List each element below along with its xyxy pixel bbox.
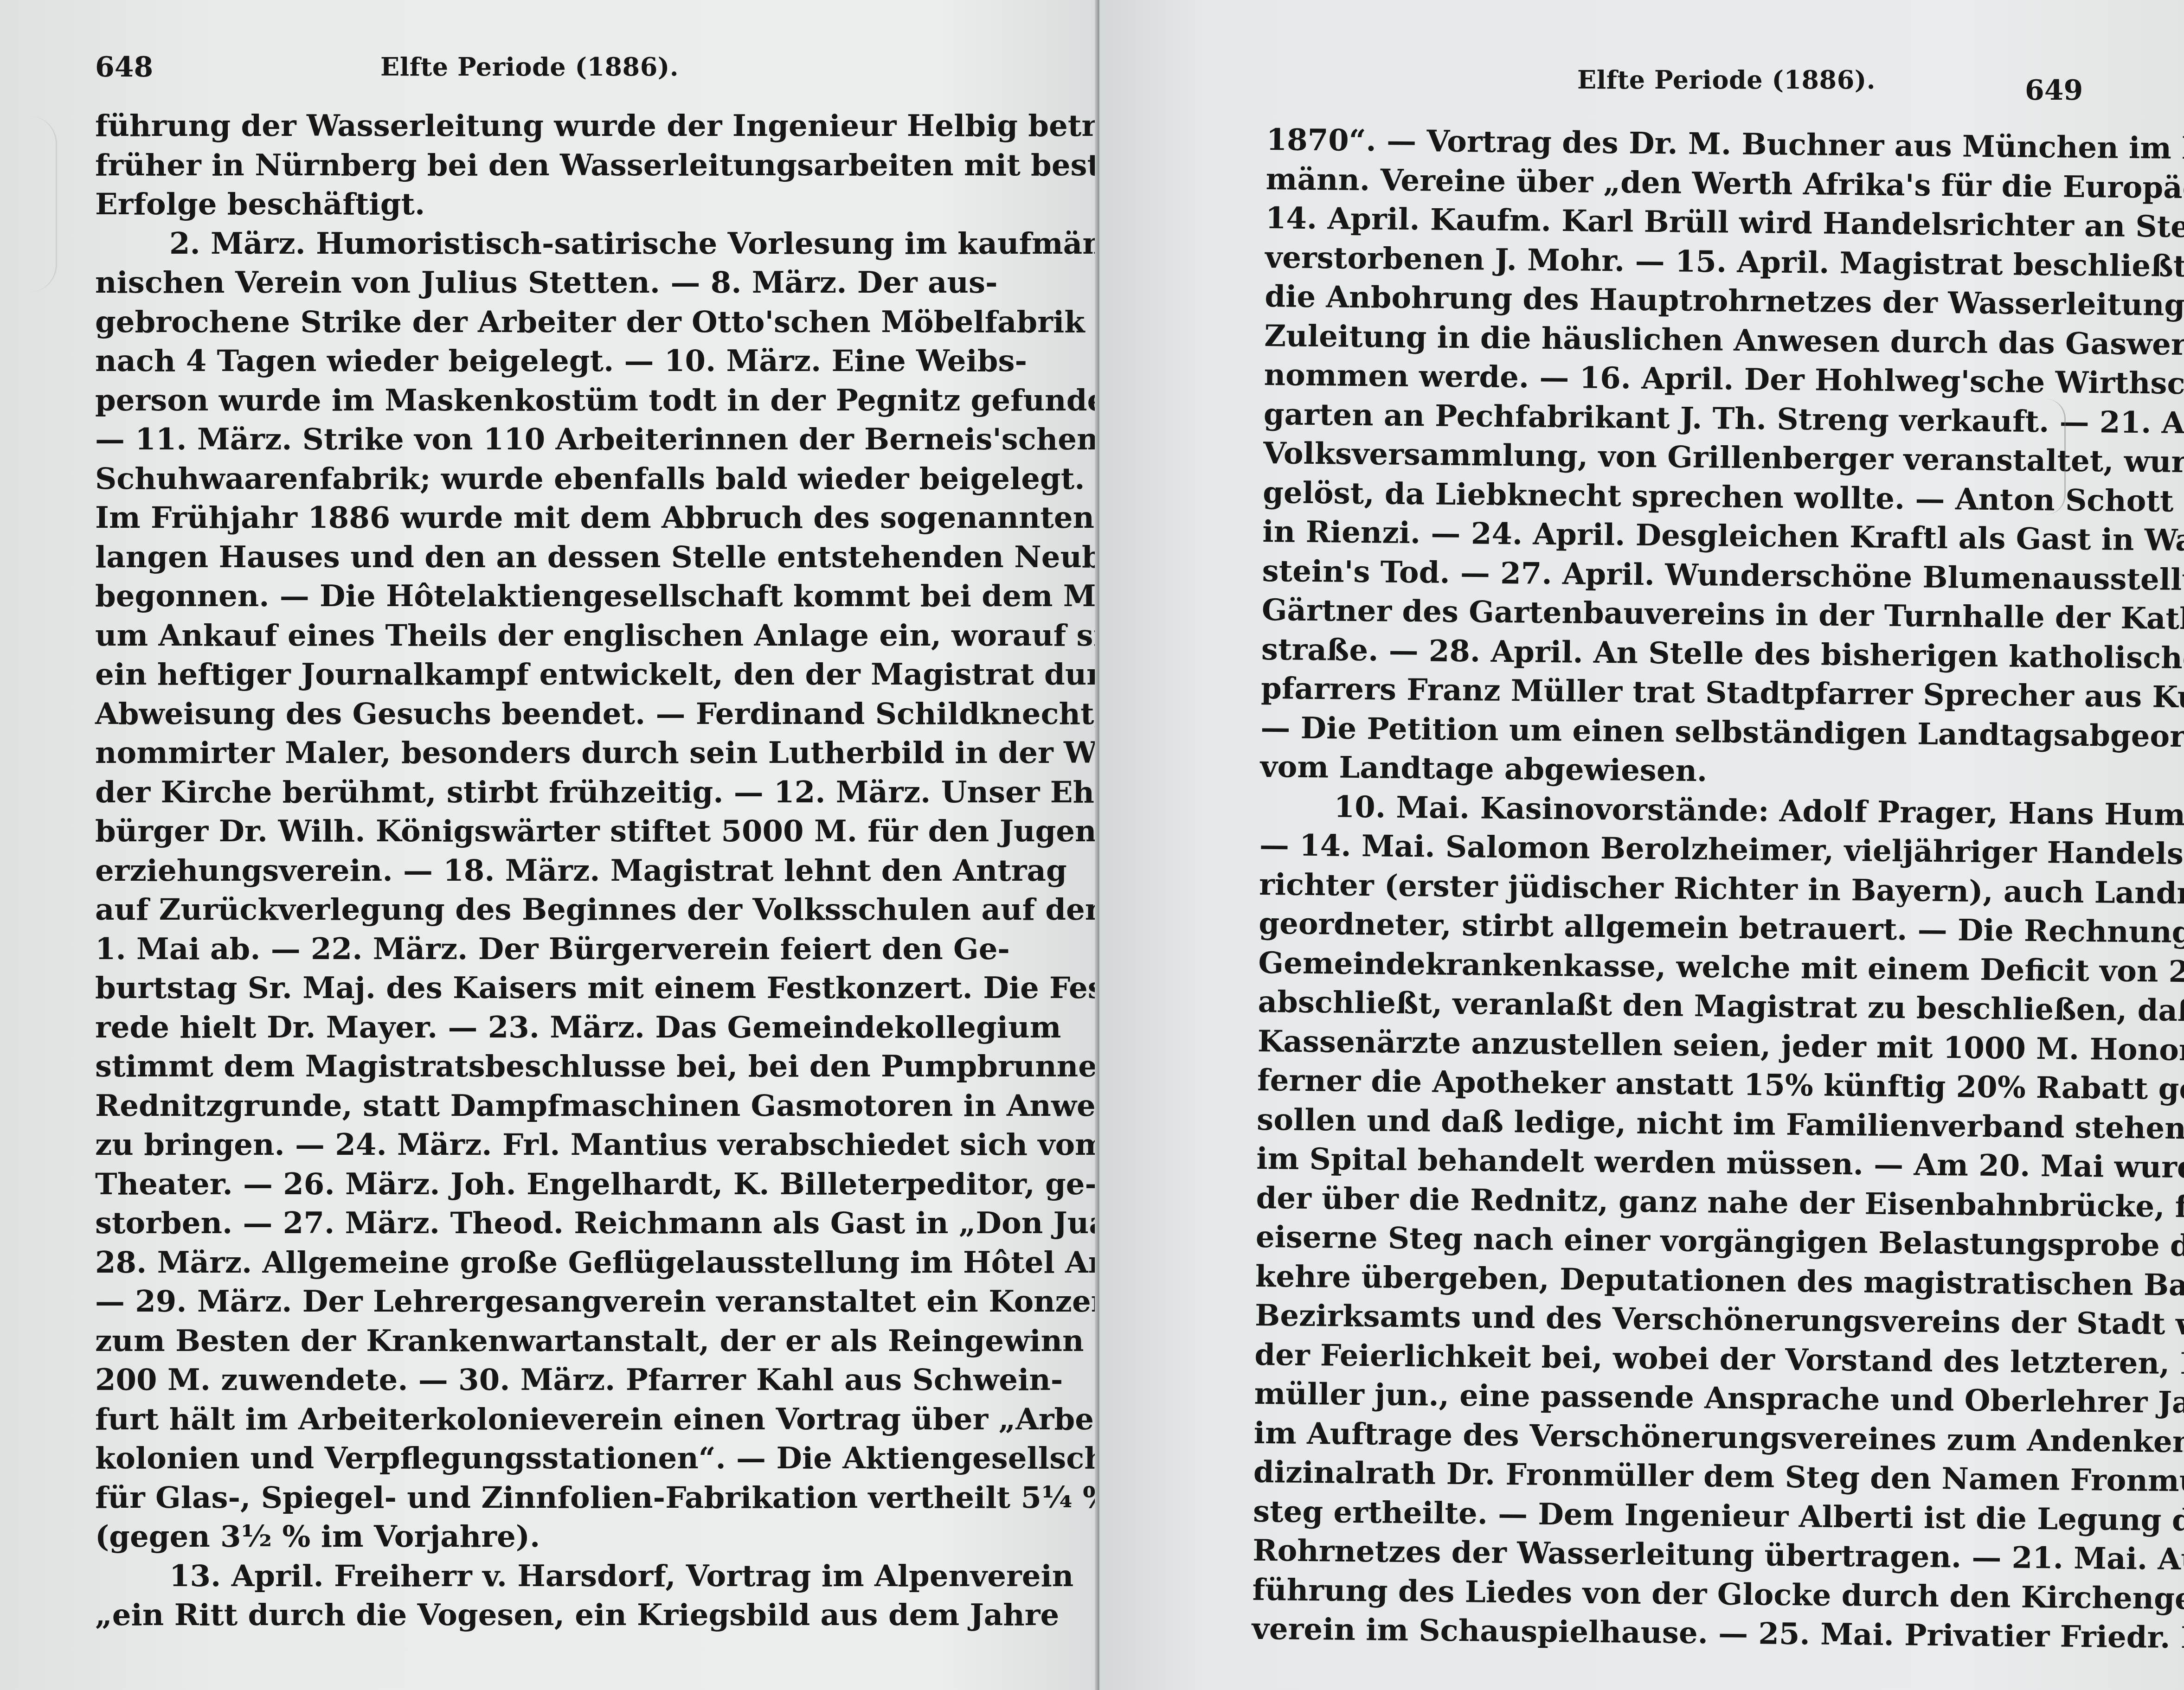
text-line: kolonien und Verpflegungsstationen“. — D… bbox=[95, 1439, 949, 1479]
text-line: person wurde im Maskenkostüm todt in der… bbox=[95, 381, 949, 421]
text-line: Theater. — 26. März. Joh. Engelhardt, K.… bbox=[95, 1165, 949, 1204]
text-line: verein im Schauspielhause. — 25. Mai. Pr… bbox=[1252, 1610, 2096, 1657]
text-line: furt hält im Arbeiterkolonieverein einen… bbox=[95, 1400, 949, 1440]
text-line: der Kirche berühmt, stirbt frühzeitig. —… bbox=[95, 773, 949, 813]
text-line: 1. Mai ab. — 22. März. Der Bürgerverein … bbox=[95, 930, 949, 969]
text-line: gebrochene Strike der Arbeiter der Otto'… bbox=[95, 303, 949, 342]
text-line: früher in Nürnberg bei den Wasserleitung… bbox=[95, 146, 949, 186]
text-line: um Ankauf eines Theils der englischen An… bbox=[95, 616, 949, 656]
pencil-bracket-mark bbox=[2046, 399, 2066, 515]
text-line: Abweisung des Gesuchs beendet. — Ferdina… bbox=[95, 695, 949, 734]
running-header-left: Elfte Periode (1886). bbox=[380, 52, 679, 82]
text-line: 13. April. Freiherr v. Harsdorf, Vortrag… bbox=[95, 1557, 949, 1596]
page-number-right: 649 bbox=[2025, 74, 2083, 107]
text-line: rede hielt Dr. Mayer. — 23. März. Das Ge… bbox=[95, 1008, 949, 1048]
text-line: storben. — 27. März. Theod. Reichmann al… bbox=[95, 1204, 949, 1243]
text-line: 2. März. Humoristisch-satirische Vorlesu… bbox=[95, 224, 949, 264]
text-line: stimmt dem Magistratsbeschlusse bei, bei… bbox=[95, 1047, 949, 1087]
text-line: — 29. März. Der Lehrergesangverein veran… bbox=[95, 1282, 949, 1322]
text-line: — 11. März. Strike von 110 Arbeiterinnen… bbox=[95, 420, 949, 460]
text-line: burtstag Sr. Maj. des Kaisers mit einem … bbox=[95, 969, 949, 1008]
text-line: Im Frühjahr 1886 wurde mit dem Abbruch d… bbox=[95, 499, 949, 538]
text-line: erziehungsverein. — 18. März. Magistrat … bbox=[95, 851, 949, 891]
left-page: 648 Elfte Periode (1886). führung der Wa… bbox=[0, 0, 1099, 1690]
right-page-body: 1870“. — Vortrag des Dr. M. Buchner aus … bbox=[1252, 121, 2111, 1657]
right-page: Elfte Periode (1886). 649 1870“. — Vortr… bbox=[1099, 0, 2184, 1690]
text-line: nommirter Maler, besonders durch sein Lu… bbox=[95, 734, 949, 773]
text-line: Schuhwaarenfabrik; wurde ebenfalls bald … bbox=[95, 460, 949, 499]
book-spread: 648 Elfte Periode (1886). führung der Wa… bbox=[0, 0, 2184, 1690]
text-line: Rednitzgrunde, statt Dampfmaschinen Gasm… bbox=[95, 1087, 949, 1126]
text-line: 200 M. zuwendete. — 30. März. Pfarrer Ka… bbox=[95, 1361, 949, 1400]
text-line: zu bringen. — 24. März. Frl. Mantius ver… bbox=[95, 1126, 949, 1165]
left-page-body: führung der Wasserleitung wurde der Inge… bbox=[95, 107, 949, 1635]
text-line: nischen Verein von Julius Stetten. — 8. … bbox=[95, 263, 949, 303]
text-line: „ein Ritt durch die Vogesen, ein Kriegsb… bbox=[95, 1596, 949, 1635]
text-line: auf Zurückverlegung des Beginnes der Vol… bbox=[95, 890, 949, 930]
text-line: für Glas-, Spiegel- und Zinnfolien-Fabri… bbox=[95, 1479, 949, 1518]
text-line: 28. März. Allgemeine große Geflügelausst… bbox=[95, 1243, 949, 1283]
text-line: ein heftiger Journalkampf entwickelt, de… bbox=[95, 655, 949, 695]
pencil-mark bbox=[28, 116, 57, 292]
text-line: nach 4 Tagen wieder beigelegt. — 10. Mär… bbox=[95, 342, 949, 381]
page-number-left: 648 bbox=[95, 51, 153, 83]
text-line: zum Besten der Krankenwartanstalt, der e… bbox=[95, 1322, 949, 1361]
text-line: führung der Wasserleitung wurde der Inge… bbox=[95, 107, 949, 146]
text-line: Erfolge beschäftigt. bbox=[95, 185, 949, 224]
text-line: (gegen 3½ % im Vorjahre). bbox=[95, 1517, 949, 1557]
text-line: bürger Dr. Wilh. Königswärter stiftet 50… bbox=[95, 812, 949, 851]
text-line: begonnen. — Die Hôtelaktiengesellschaft … bbox=[95, 577, 949, 616]
running-header-right: Elfte Periode (1886). bbox=[1577, 65, 1876, 95]
text-line: langen Hauses und den an dessen Stelle e… bbox=[95, 538, 949, 577]
